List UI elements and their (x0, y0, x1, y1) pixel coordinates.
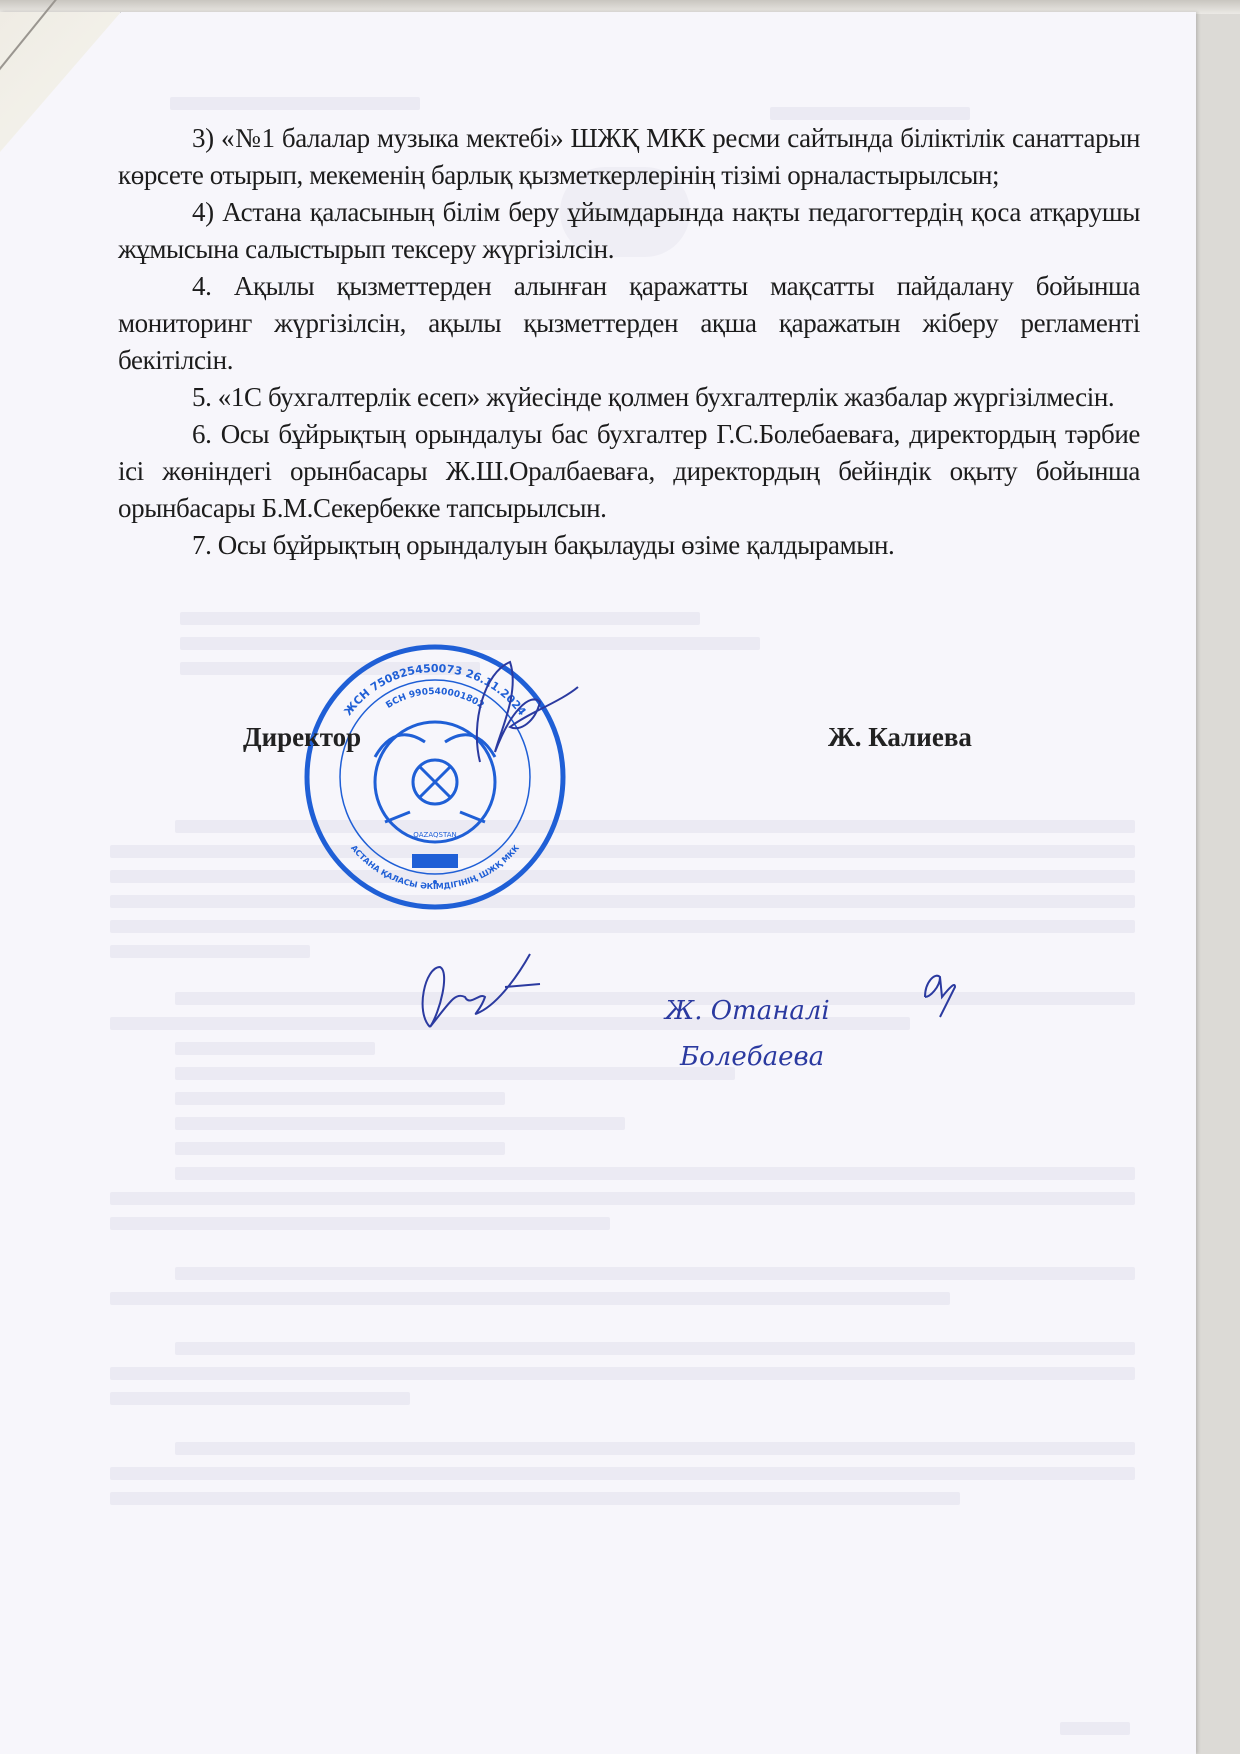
handwritten-signature-4-icon (920, 962, 980, 1022)
order-body: 3) «№1 балалар музыка мектебі» ШЖҚ МКК р… (118, 120, 1140, 564)
paragraph-4: 4. Ақылы қызметтерден алынған қаражатты … (118, 268, 1140, 379)
signatory-name: Ж. Калиева (828, 722, 972, 753)
paragraph-7: 7. Осы бұйрықтың орындалуын бақылауды өз… (118, 527, 1140, 564)
paragraph-6: 6. Осы бұйрықтың орындалуы бас бухгалтер… (118, 416, 1140, 527)
paragraph-3-3: 3) «№1 балалар музыка мектебі» ШЖҚ МКК р… (118, 120, 1140, 194)
director-signature-icon (440, 652, 580, 782)
paragraph-3-4: 4) Астана қаласының білім беру ұйымдарын… (118, 194, 1140, 268)
svg-text:Ж. Отаналі: Ж. Отаналі (663, 996, 830, 1026)
paragraph-5: 5. «1С бухгалтерлік есеп» жүйесінде қолм… (118, 379, 1140, 416)
signatory-title: Директор (243, 722, 361, 753)
svg-text:Болебаева: Болебаева (679, 1042, 824, 1072)
handwritten-signature-1-icon (410, 952, 570, 1032)
handwritten-signature-2-icon: Ж. Отаналі Болебаева (660, 987, 860, 1077)
document-page: 3) «№1 балалар музыка мектебі» ШЖҚ МКК р… (0, 12, 1196, 1754)
svg-text:QAZAQSTAN: QAZAQSTAN (413, 831, 456, 839)
